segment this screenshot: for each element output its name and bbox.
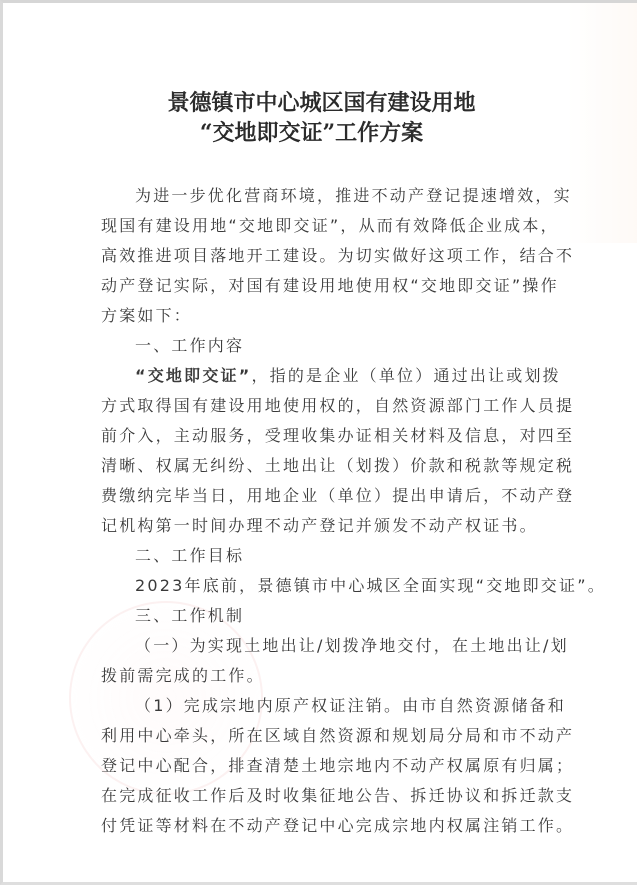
document-body: 为进一步优化营商环境，推进不动产登记提速增效，实 现国有建设用地“交地即交证”，… <box>101 181 541 841</box>
item-line: 利用中心牵头，所在区域自然资源和规划局分局和市不动产 <box>101 721 541 751</box>
intro-line: 现国有建设用地“交地即交证”，从而有效降低企业成本， <box>101 211 541 241</box>
item-line: 在完成征收工作后及时收集征地公告、拆迁协议和拆迁款支 <box>101 781 541 811</box>
section1-line: 记机构第一时间办理不动产登记并颁发不动产权证书。 <box>101 511 541 541</box>
item-line: （1）完成宗地内原产权证注销。由市自然资源储备和 <box>101 691 541 721</box>
section-heading-work-goal: 二、工作目标 <box>101 541 541 571</box>
section1-line: 费缴纳完毕当日，用地企业（单位）提出申请后，不动产登 <box>101 481 541 511</box>
document-page: 景德镇市中心城区国有建设用地 “交地即交证”工作方案 为进一步优化营商环境，推进… <box>0 0 637 885</box>
section2-line: 2023年底前，景德镇市中心城区全面实现“交地即交证”。 <box>101 571 541 601</box>
section1-line: 清晰、权属无纠纷、土地出让（划拨）价款和税款等规定税 <box>101 451 541 481</box>
section1-line: 前介入，主动服务，受理收集办证相关材料及信息，对四至 <box>101 421 541 451</box>
intro-line: 为进一步优化营商环境，推进不动产登记提速增效，实 <box>101 181 541 211</box>
section1-line-text: ，指的是企业（单位）通过出让或划拨 <box>251 366 560 385</box>
section1-line: 方式取得国有建设用地使用权的，自然资源部门工作人员提 <box>101 391 541 421</box>
document-title-line1: 景德镇市中心城区国有建设用地 <box>3 88 637 118</box>
subsection-line: 拨前需完成的工作。 <box>101 661 541 691</box>
intro-line: 动产登记实际，对国有建设用地使用权“交地即交证”操作 <box>101 271 541 301</box>
item-line: 登记中心配合，排查清楚土地宗地内不动产权属原有归属； <box>101 751 541 781</box>
term-jiaodi-jijiaozheng: “交地即交证” <box>135 366 251 385</box>
section-heading-work-mechanism: 三、工作机制 <box>101 601 541 631</box>
intro-line: 方案如下： <box>101 301 541 331</box>
subsection-line: （一）为实现土地出让/划拨净地交付，在土地出让/划 <box>101 631 541 661</box>
section1-line: “交地即交证”，指的是企业（单位）通过出让或划拨 <box>101 361 541 391</box>
document-title-line2: “交地即交证”工作方案 <box>0 118 630 148</box>
item-line: 付凭证等材料在不动产登记中心完成宗地内权属注销工作。 <box>101 811 541 841</box>
section-heading-work-content: 一、工作内容 <box>101 331 541 361</box>
intro-line: 高效推进项目落地开工建设。为切实做好这项工作，结合不 <box>101 241 541 271</box>
